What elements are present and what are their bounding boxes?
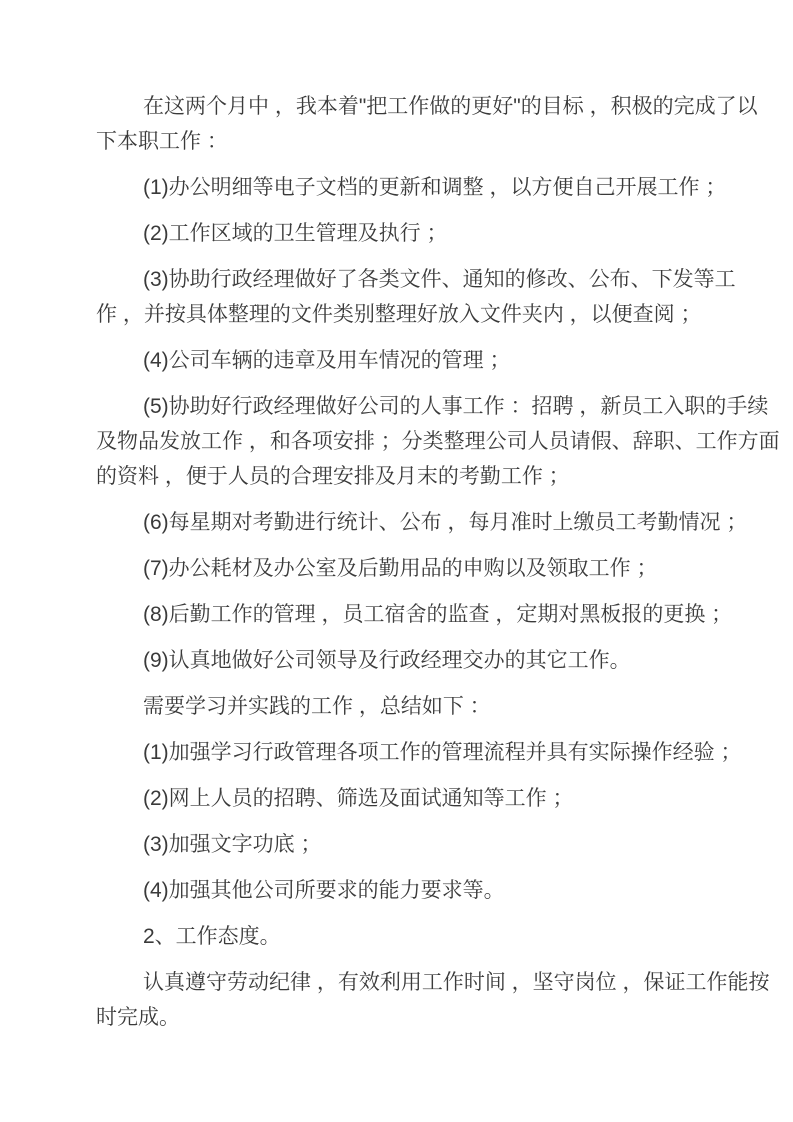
paragraph: 需要学习并实践的工作 ，总结如下 ：: [96, 689, 753, 724]
text-line: (2)工作区域的卫生管理及执行 ；: [96, 216, 753, 251]
text-line: 认真遵守劳动纪律 ，有效利用工作时间 ，坚守岗位 ，保证工作能按: [96, 965, 753, 1000]
paragraph: (8)后勤工作的管理 ，员工宿舍的监查 ，定期对黑板报的更换 ；: [96, 597, 753, 632]
paragraph: 认真遵守劳动纪律 ，有效利用工作时间 ，坚守岗位 ，保证工作能按时完成。: [96, 965, 753, 1035]
text-line: (2)网上人员的招聘、筛选及面试通知等工作 ；: [96, 781, 753, 816]
text-line: (4)加强其他公司所要求的能力要求等。: [96, 873, 753, 908]
document-page: 在这两个月中 ，我本着"把工作做的更好"的目标 ，积极的完成了以下本职工作 ：(…: [0, 0, 793, 1122]
text-line: (7)办公耗材及办公室及后勤用品的申购以及领取工作 ；: [96, 551, 753, 586]
text-line: (8)后勤工作的管理 ，员工宿舍的监查 ，定期对黑板报的更换 ；: [96, 597, 753, 632]
text-line: 需要学习并实践的工作 ，总结如下 ：: [96, 689, 753, 724]
paragraph: (1)加强学习行政管理各项工作的管理流程并具有实际操作经验 ；: [96, 735, 753, 770]
paragraph: 2、工作态度。: [96, 919, 753, 954]
paragraph: (2)网上人员的招聘、筛选及面试通知等工作 ；: [96, 781, 753, 816]
text-line: (1)加强学习行政管理各项工作的管理流程并具有实际操作经验 ；: [96, 735, 753, 770]
paragraph: (3)协助行政经理做好了各类文件、通知的修改、公布、下发等工作 ，并按具体整理的…: [96, 262, 753, 332]
text-line: (5)协助好行政经理做好公司的人事工作 ：招聘 ，新员工入职的手续: [96, 389, 753, 424]
paragraph: (2)工作区域的卫生管理及执行 ；: [96, 216, 753, 251]
text-line: (4)公司车辆的违章及用车情况的管理 ；: [96, 343, 753, 378]
paragraph: 在这两个月中 ，我本着"把工作做的更好"的目标 ，积极的完成了以下本职工作 ：: [96, 89, 753, 159]
text-line: 及物品发放工作 ，和各项安排 ；分类整理公司人员请假、辞职、工作方面: [96, 424, 753, 459]
paragraph: (7)办公耗材及办公室及后勤用品的申购以及领取工作 ；: [96, 551, 753, 586]
text-line: (3)加强文字功底 ；: [96, 827, 753, 862]
paragraph: (6)每星期对考勤进行统计、公布 ，每月准时上缴员工考勤情况 ；: [96, 505, 753, 540]
text-line: 时完成。: [96, 1000, 753, 1035]
paragraph: (4)加强其他公司所要求的能力要求等。: [96, 873, 753, 908]
text-line: 作 ，并按具体整理的文件类别整理好放入文件夹内 ，以便查阅 ；: [96, 297, 753, 332]
paragraph: (4)公司车辆的违章及用车情况的管理 ；: [96, 343, 753, 378]
text-line: (9)认真地做好公司领导及行政经理交办的其它工作。: [96, 643, 753, 678]
paragraph: (5)协助好行政经理做好公司的人事工作 ：招聘 ，新员工入职的手续及物品发放工作…: [96, 389, 753, 494]
paragraph: (3)加强文字功底 ；: [96, 827, 753, 862]
paragraph: (9)认真地做好公司领导及行政经理交办的其它工作。: [96, 643, 753, 678]
text-line: 的资料 ，便于人员的合理安排及月末的考勤工作 ；: [96, 459, 753, 494]
text-line: (6)每星期对考勤进行统计、公布 ，每月准时上缴员工考勤情况 ；: [96, 505, 753, 540]
text-line: (1)办公明细等电子文档的更新和调整 ，以方便自己开展工作 ；: [96, 170, 753, 205]
paragraph: (1)办公明细等电子文档的更新和调整 ，以方便自己开展工作 ；: [96, 170, 753, 205]
text-line: 在这两个月中 ，我本着"把工作做的更好"的目标 ，积极的完成了以: [96, 89, 753, 124]
text-line: 2、工作态度。: [96, 919, 753, 954]
text-line: 下本职工作 ：: [96, 124, 753, 159]
text-line: (3)协助行政经理做好了各类文件、通知的修改、公布、下发等工: [96, 262, 753, 297]
